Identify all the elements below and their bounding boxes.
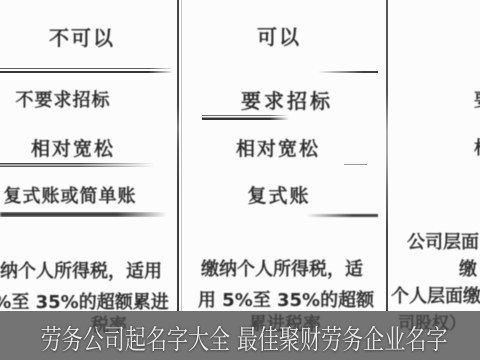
divider-left-under-row3 <box>0 212 167 217</box>
cell-relatively-lenient-left: 相对宽松 <box>31 134 115 161</box>
cell-bookkeeping-left: 复式账或简单账 <box>4 182 137 208</box>
divider-center-under-header <box>318 71 378 74</box>
divider-left-under-row2 <box>0 163 158 167</box>
divider-center-under-row3 <box>306 214 378 217</box>
column-separator-right <box>386 0 388 311</box>
header-cell-cannot: 不可以 <box>49 22 115 51</box>
cell-bookkeeping-center: 复式账 <box>247 181 310 208</box>
comparison-table-image: 不可以 不要求招标 相对宽松 复式账或简单账 纳个人所得税，适用 %至 35%的… <box>0 0 480 360</box>
cell-pay-char: 缴 <box>459 255 477 281</box>
subtitle-text: 劳务公司起名字大全 最佳聚财劳务企业名字 <box>41 318 448 357</box>
cell-tax-line1-center: 缴纳个人所得税，适 <box>201 255 363 281</box>
divider-left-under-header <box>0 68 173 73</box>
cell-relatively-lenient-center: 相对宽松 <box>236 134 320 161</box>
cell-tax-line2-center: 用 5%至 35%的超额 <box>198 286 374 312</box>
divider-center-under-row2 <box>344 164 367 166</box>
cell-company-level: 公司层面 <box>407 228 479 254</box>
cell-clipped-row1-right: 要 <box>474 86 480 112</box>
cell-bidding-required: 要求招标 <box>241 85 333 114</box>
cell-clipped-row2-right: 相 <box>474 134 480 160</box>
cell-tax-line1-left: 纳个人所得税，适用 <box>0 257 162 283</box>
divider-center-under-row1 <box>202 115 289 120</box>
column-separator-left-shadow <box>181 0 182 311</box>
cell-personal-level: 个人层面缴 <box>391 282 480 308</box>
cell-no-bidding-required: 不要求招标 <box>16 86 111 112</box>
header-cell-can: 可以 <box>257 21 301 50</box>
column-separator-left <box>177 0 179 311</box>
